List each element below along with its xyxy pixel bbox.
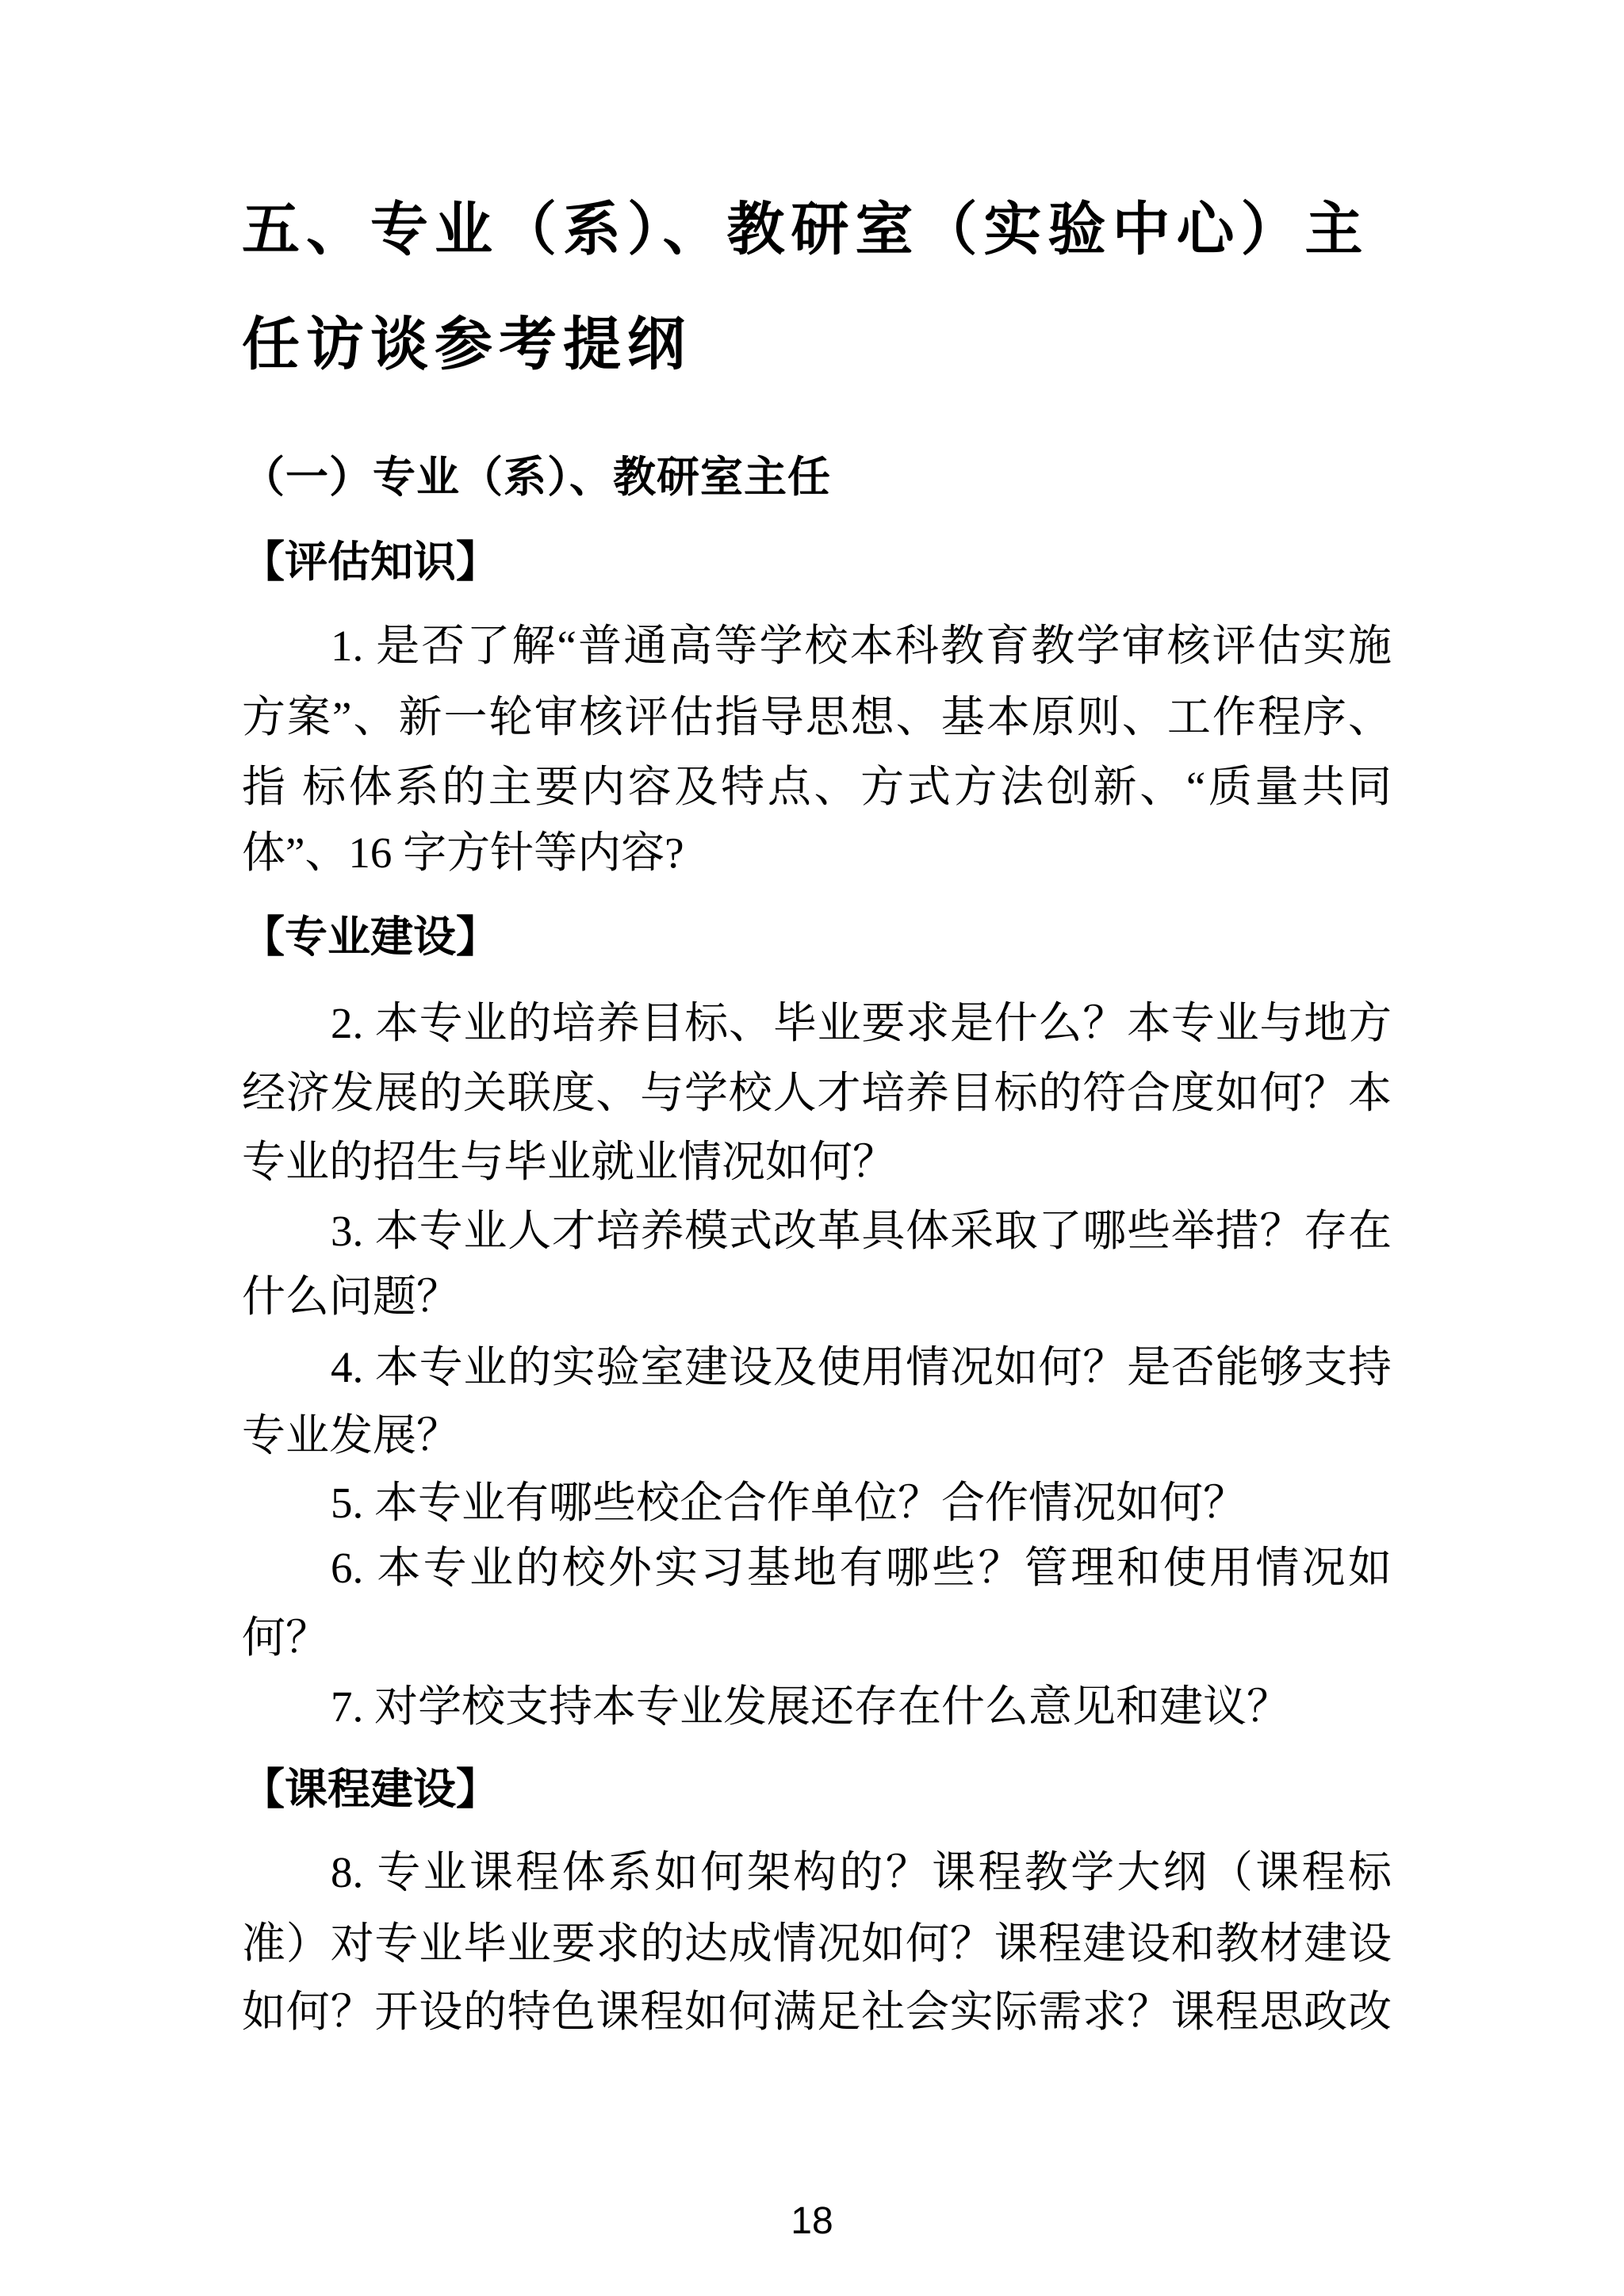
- paragraph-1-line-1: 1. 是否了解“普通高等学校本科教育教学审核评估实施: [242, 624, 1392, 668]
- paragraph-2-line-2: 经济发展的关联度、与学校人才培养目标的符合度如何？本: [242, 1071, 1392, 1115]
- paragraph-1-line-4: 体”、16 字方针等内容?: [242, 831, 1392, 874]
- paragraph-7-line-1: 7. 对学校支持本专业发展还存在什么意见和建议？: [242, 1685, 1392, 1728]
- paragraph-8-line-3: 如何？开设的特色课程如何满足社会实际需求？课程思政改: [242, 1990, 1392, 2034]
- paragraph-1-line-2: 方案”、新一轮审核评估指导思想、基本原则、工作程序、: [242, 695, 1392, 739]
- paragraph-5-line-1: 5. 本专业有哪些校企合作单位？合作情况如何？: [242, 1481, 1392, 1525]
- paragraph-3-line-1: 3. 本专业人才培养模式改革具体采取了哪些举措？存在: [242, 1209, 1392, 1253]
- page-number: 18: [0, 2202, 1624, 2241]
- paragraph-3-line-2: 什么问题？: [242, 1275, 1392, 1318]
- section-heading: （一）专业（系）、教研室主任: [242, 456, 1392, 499]
- bracket-heading-course: 【课程建设】: [242, 1768, 1392, 1811]
- paragraph-2-line-1: 2. 本专业的培养目标、毕业要求是什么？本专业与地方: [242, 1001, 1392, 1045]
- paragraph-1-line-3: 指 标体系的主要内容及特点、方式方法创新、“质量共同: [242, 765, 1392, 809]
- paragraph-8-line-1: 8. 专业课程体系如何架构的？课程教学大纲（课程标: [242, 1850, 1392, 1894]
- page-title-line-1: 五、专业（系）、教研室（实验中心）主: [242, 201, 1392, 258]
- paragraph-4-line-1: 4. 本专业的实验室建设及使用情况如何？是否能够支持: [242, 1345, 1392, 1389]
- paragraph-2-line-3: 专业的招生与毕业就业情况如何？: [242, 1140, 1392, 1184]
- paragraph-8-line-2: 准）对专业毕业要求的达成情况如何？课程建设和教材建设: [242, 1922, 1392, 1965]
- page-title-line-2: 任访谈参考提纲: [242, 316, 1392, 373]
- bracket-heading-major: 【专业建设】: [242, 916, 1392, 959]
- paragraph-6-line-2: 何？: [242, 1616, 1392, 1659]
- document-page: 五、专业（系）、教研室（实验中心）主 任访谈参考提纲 （一）专业（系）、教研室主…: [0, 0, 1624, 2296]
- paragraph-4-line-2: 专业发展？: [242, 1414, 1392, 1457]
- bracket-heading-eval: 【评估知识】: [242, 541, 1392, 584]
- paragraph-6-line-1: 6. 本专业的校外实习基地有哪些？管理和使用情况如: [242, 1546, 1392, 1590]
